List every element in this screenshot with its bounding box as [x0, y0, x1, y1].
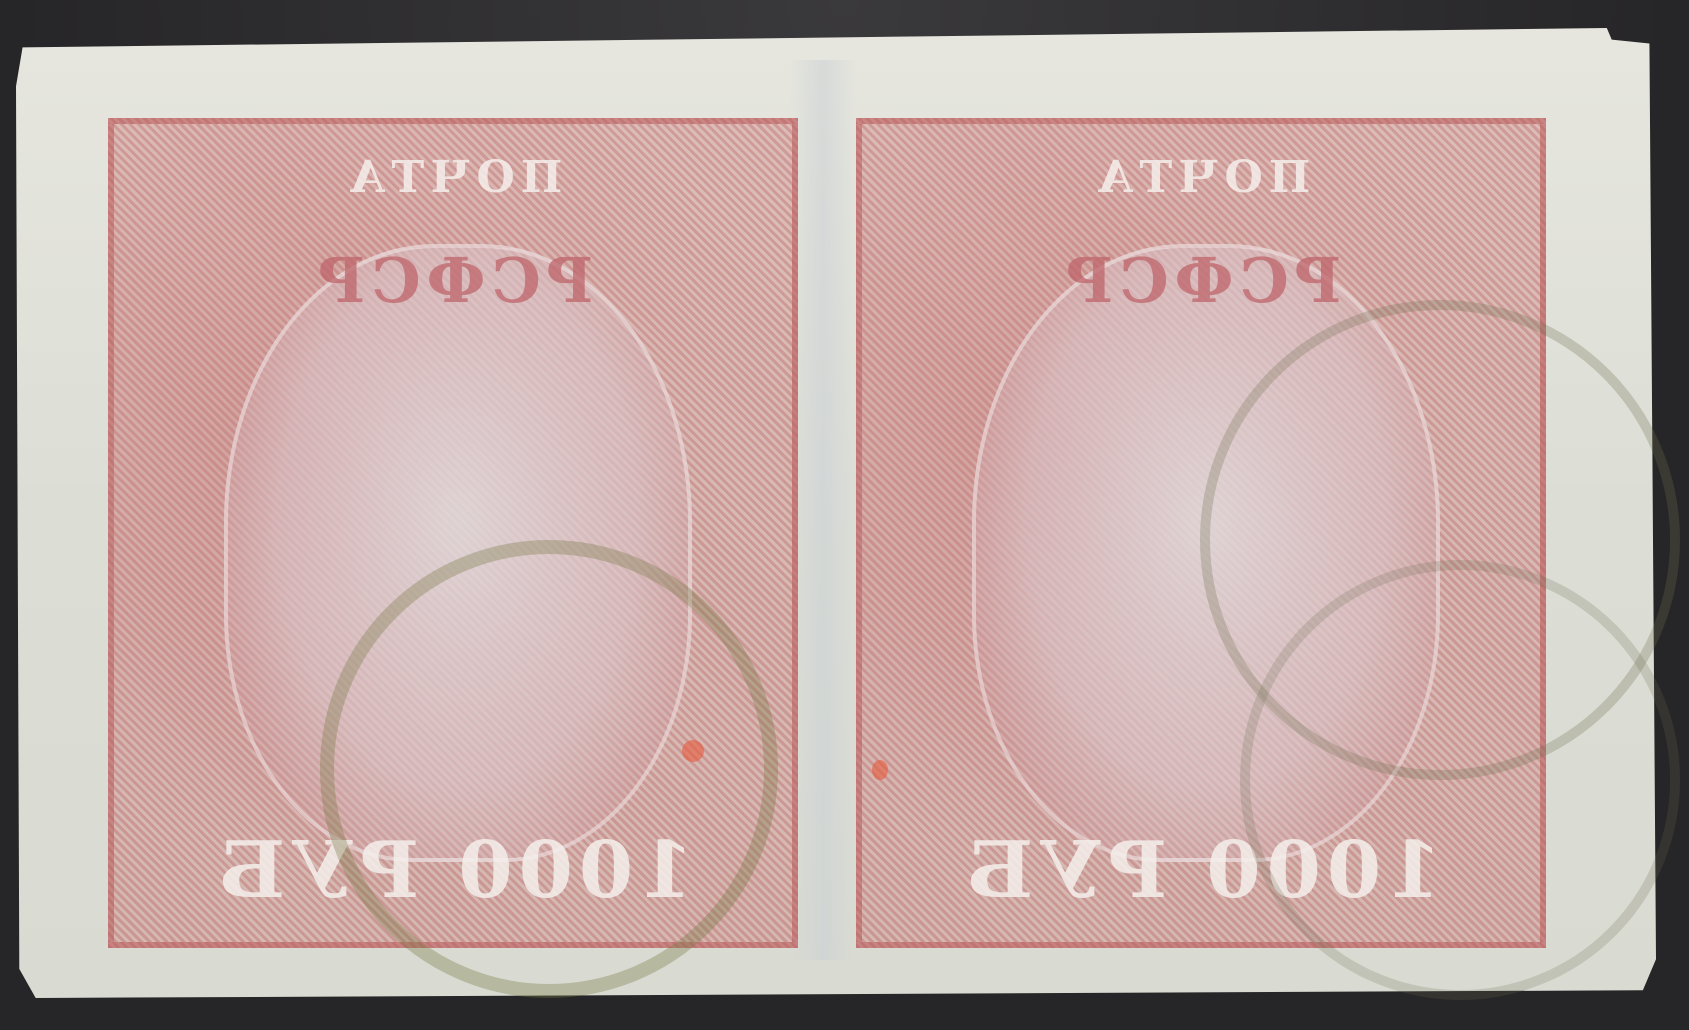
stamp-left-top-text: ПОЧТА	[114, 152, 792, 203]
ink-spot	[872, 760, 888, 780]
gutter-between-stamps	[790, 60, 856, 960]
ink-spot	[682, 740, 704, 762]
stamp-left-center-text: РСФСР	[114, 244, 792, 317]
postmark-cancel-left	[320, 540, 778, 998]
stamp-right-top-text: ПОЧТА	[862, 152, 1540, 203]
postmark-cancel-right-lower	[1240, 560, 1680, 1000]
